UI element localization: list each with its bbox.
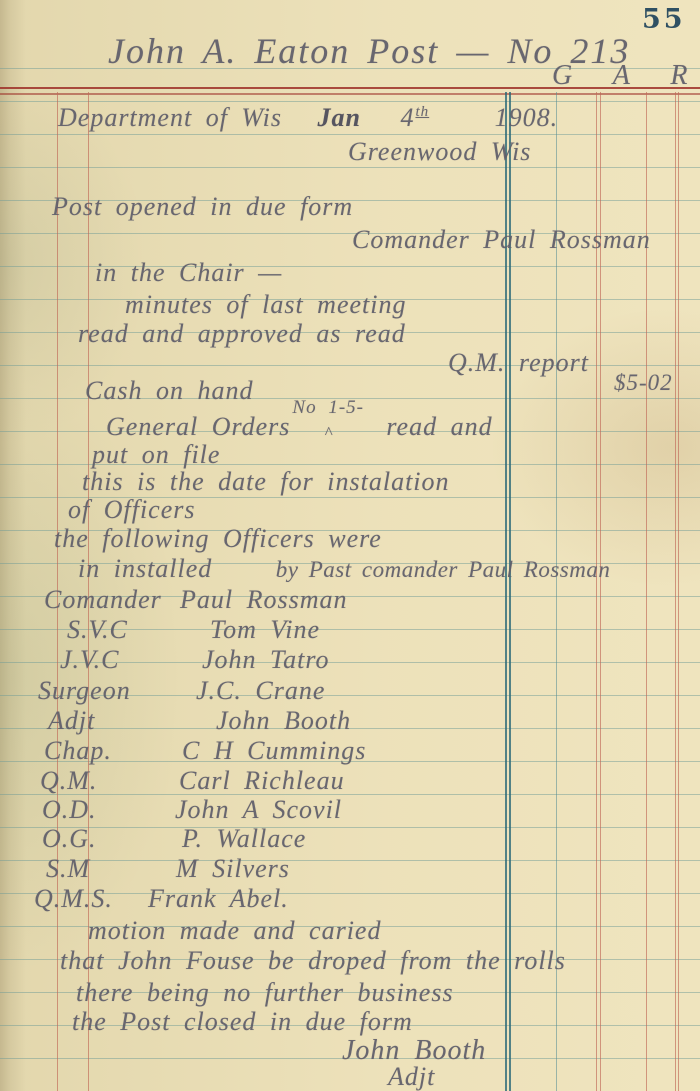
line-installation-2: of Officers [68,495,196,525]
officer-role: S.V.C [67,615,128,645]
money-column-rule-4 [675,92,676,1091]
page-number: 55 [642,4,686,35]
line-motion-1: motion made and caried [88,916,381,946]
officer-name: Carl Richleau [179,766,345,796]
officer-role: S.M [46,854,90,884]
officer-name: M Silvers [176,854,290,884]
general-orders-text: General Orders [106,412,290,441]
officer-role: Adjt [48,706,95,736]
officer-name: John Tatro [202,645,330,675]
officer-name: John A Scovil [175,795,342,825]
money-column-rule-5 [678,92,679,1091]
insertion-text: No 1-5- [292,397,364,419]
signature-title: Adjt [388,1062,435,1091]
dateline-day: 4 [400,103,414,133]
general-orders-tail: read and [386,412,492,441]
officer-name: J.C. Crane [196,676,325,706]
installed-by-a: in installed [78,554,212,583]
line-motion-2: that John Fouse be droped from the rolls [60,946,566,976]
officer-role: Q.M.S. [34,884,113,914]
ledger-page: 55 John A. Eaton Post — No 213 G A R Dep… [0,0,700,1091]
officer-role: Surgeon [38,676,131,706]
line-commander-chair: Comander Paul Rossman [352,225,651,255]
caret-mark: ^ [324,423,332,443]
dateline-place: Greenwood Wis [348,137,531,167]
officer-role: O.G. [42,824,97,854]
dateline-year: 1908. [495,103,559,133]
line-following-officers: the following Officers were [54,524,382,554]
officer-role: Chap. [44,736,112,766]
line-closing-2: the Post closed in due form [72,1007,413,1037]
officer-role: O.D. [42,795,97,825]
officer-name: C H Cummings [182,736,366,766]
officer-name: Paul Rossman [180,585,348,615]
line-put-on-file: put on file [92,440,220,470]
officer-role: Q.M. [40,766,97,796]
installed-by-b: by Past comander Paul Rossman [276,557,611,582]
org-abbreviation: G A R [552,60,700,92]
dateline-day-suffix: th [415,104,429,120]
officer-name: Frank Abel. [148,884,289,914]
dateline-department: Department of Wis [58,103,282,133]
officer-name: P. Wallace [182,824,306,854]
dateline: Department of Wis Jan 4th 1908. [58,103,558,133]
officer-name: Tom Vine [210,615,320,645]
line-in-the-chair: in the Chair — [95,258,282,288]
officer-name: John Booth [216,706,351,736]
line-installed-by: in installed by Past comander Paul Rossm… [78,554,610,584]
line-minutes-2: read and approved as read [78,319,406,349]
officer-role: J.V.C [60,645,119,675]
dateline-month: Jan [318,103,361,133]
line-minutes-1: minutes of last meeting [125,290,406,320]
line-qm-report: Q.M. report [448,348,589,378]
insertion-mark: No 1-5-^ [290,409,386,435]
line-post-opened: Post opened in due form [52,192,353,222]
cash-amount: $5-02 [614,370,673,396]
line-cash-label: Cash on hand [85,376,253,406]
officer-role: Comander [44,585,162,615]
line-closing-1: there being no further business [76,978,454,1008]
line-installation-1: this is the date for instalation [82,467,450,497]
line-general-orders: General OrdersNo 1-5-^read and [106,409,493,442]
